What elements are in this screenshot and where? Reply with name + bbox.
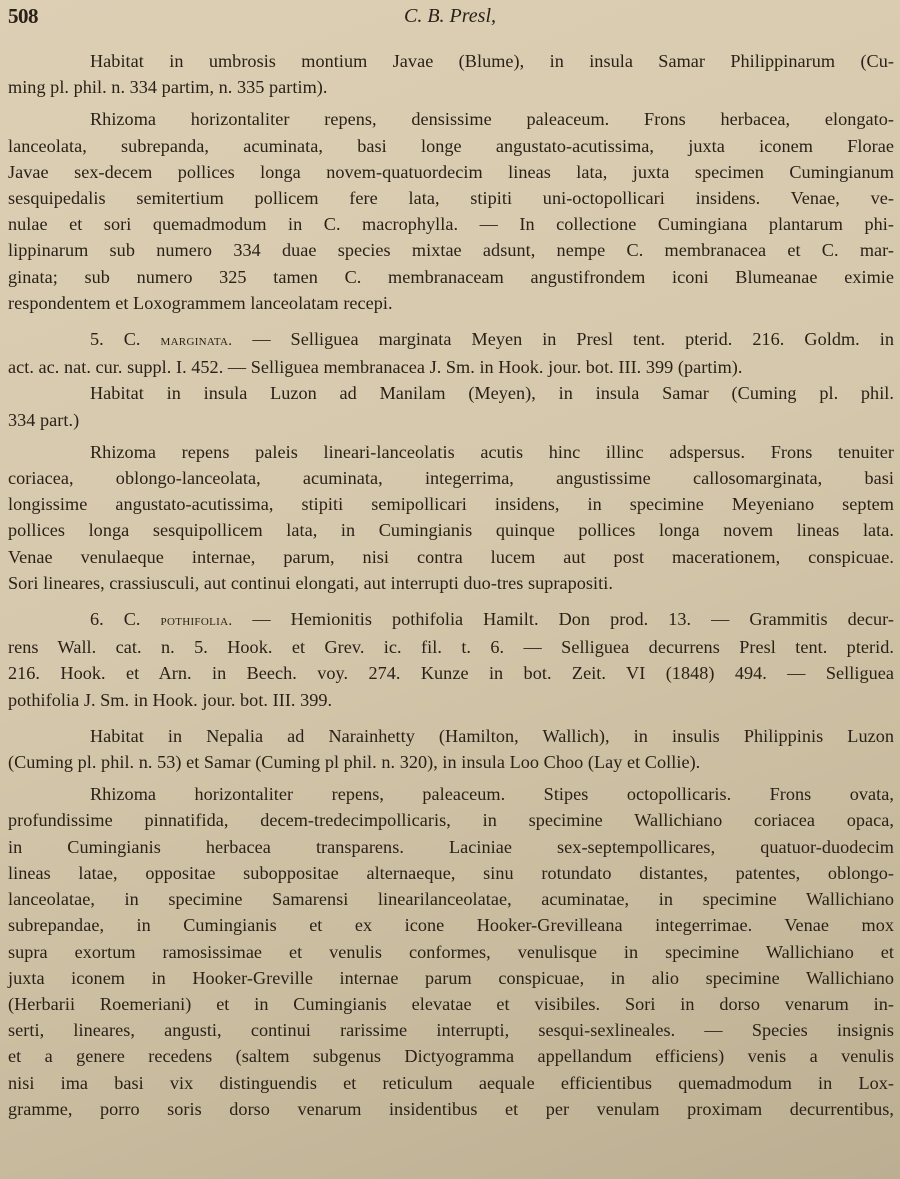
text-line: lanceolata, subrepanda, acuminata, basi … [8,133,894,159]
text-line: supra exortum ramosissimae et venulis co… [8,939,894,965]
text-line: profundissime pinnatifida, decem-tredeci… [8,807,894,833]
species-name: marginata. [160,333,232,349]
text-line: et a genere recedens (saltem subgenus Di… [8,1043,894,1069]
species-entry-pothifolia: 6. C. pothifolia. — Hemionitis pothifoli… [8,606,894,713]
text-line: lippinarum sub numero 334 duae species m… [8,237,894,263]
text-line: Rhizoma horizontaliter repens, paleaceum… [8,781,894,807]
text-line: (Cuming pl. phil. n. 53) et Samar (Cumin… [8,749,894,775]
paragraph-habitat-c6: Habitat in Nepalia ad Narainhetty (Hamil… [8,723,894,775]
text-line: serti, lineares, angusti, continui raris… [8,1017,894,1043]
species-number: 6. C. [90,609,141,629]
paragraph-description-c5: Rhizoma repens paleis lineari-lanceolati… [8,439,894,596]
text-line: Rhizoma horizontaliter repens, densissim… [8,106,894,132]
text-line: 6. C. pothifolia. — Hemionitis pothifoli… [8,606,894,634]
text-line: 216. Hook. et Arn. in Beech. voy. 274. K… [8,660,894,686]
species-name: pothifolia. [161,613,233,629]
synonymy-text: — Selliguea marginata Meyen in Presl ten… [232,329,894,349]
text-line: 334 part.) [8,407,894,433]
text-line: Javae sex-decem pollices longa novem-qua… [8,159,894,185]
text-line: sesquipedalis semitertium pollicem fere … [8,185,894,211]
text-line: nulae et sori quemadmodum in C. macrophy… [8,211,894,237]
text-line: pothifolia J. Sm. in Hook. jour. bot. II… [8,687,894,713]
text-line: gramme, porro soris dorso venarum inside… [8,1096,894,1122]
paragraph-habitat-c4: Habitat in umbrosis montium Javae (Blume… [8,48,894,100]
page-body: Habitat in umbrosis montium Javae (Blume… [8,48,894,1122]
text-line: 5. C. marginata. — Selliguea marginata M… [8,326,894,354]
text-line: Habitat in Nepalia ad Narainhetty (Hamil… [8,723,894,749]
text-line: ming pl. phil. n. 334 partim, n. 335 par… [8,74,894,100]
text-line: rens Wall. cat. n. 5. Hook. et Grev. ic.… [8,634,894,660]
text-line: act. ac. nat. cur. suppl. I. 452. — Sell… [8,354,894,380]
text-line: nisi ima basi vix distinguendis et retic… [8,1070,894,1096]
text-line: Rhizoma repens paleis lineari-lanceolati… [8,439,894,465]
text-line: (Herbarii Roemeriani) et in Cumingianis … [8,991,894,1017]
text-line: Venae venulaeque internae, parum, nisi c… [8,544,894,570]
text-line: lanceolatae, in specimine Samarensi line… [8,886,894,912]
paragraph-habitat-c5: Habitat in insula Luzon ad Manilam (Meye… [8,380,894,432]
text-line: longissime angustato-acutissima, stipiti… [8,491,894,517]
page-header: 508 C. B. Presl, [0,2,900,32]
text-line: pollices longa sesquipollicem lata, in C… [8,517,894,543]
text-line: respondentem et Loxogrammem lanceolatam … [8,290,894,316]
text-line: coriacea, oblongo-lanceolata, acuminata,… [8,465,894,491]
synonymy-text: — Hemionitis pothifolia Hamilt. Don prod… [232,609,894,629]
paragraph-description-c4: Rhizoma horizontaliter repens, densissim… [8,106,894,316]
running-head: C. B. Presl, [0,5,900,28]
text-line: ginata; sub numero 325 tamen C. membrana… [8,264,894,290]
species-entry-marginata: 5. C. marginata. — Selliguea marginata M… [8,326,894,380]
text-line: Sori lineares, crassiusculi, aut continu… [8,570,894,596]
text-line: in Cumingianis herbacea transparens. Lac… [8,834,894,860]
paragraph-description-c6: Rhizoma horizontaliter repens, paleaceum… [8,781,894,1122]
text-line: lineas latae, oppositae suboppositae alt… [8,860,894,886]
text-line: Habitat in umbrosis montium Javae (Blume… [8,48,894,74]
species-number: 5. C. [90,329,141,349]
text-line: subrepandae, in Cumingianis et ex icone … [8,912,894,938]
book-page: 508 C. B. Presl, Habitat in umbrosis mon… [0,0,900,1179]
text-line: Habitat in insula Luzon ad Manilam (Meye… [8,380,894,406]
text-line: juxta iconem in Hooker-Greville internae… [8,965,894,991]
